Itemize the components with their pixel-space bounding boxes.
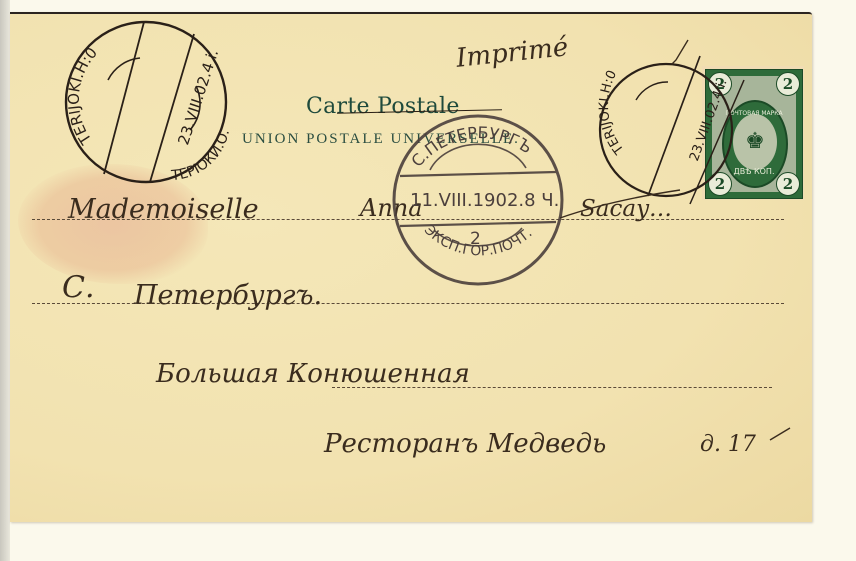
postmark-overlay: TERIJOKI.H:0 ТЕРІОКИ.О. 23.VIII.02.4 i. … [0, 0, 856, 561]
postmark-left-top-text: TERIJOKI.H:0 [65, 44, 101, 149]
postmark-sp-top-text: С.ПЕТЕРБУРГЪ [407, 123, 535, 171]
postmark-right-date: 23.VIII.02.4 i. [687, 77, 731, 163]
postmark-sp-date: 11.VIII.1902.8 Ч. [410, 190, 559, 211]
pen-flourishes [560, 40, 790, 440]
postmark-left-date: 23.VIII.02.4 i. [174, 47, 222, 147]
postmark-terijoki-right [600, 56, 744, 204]
